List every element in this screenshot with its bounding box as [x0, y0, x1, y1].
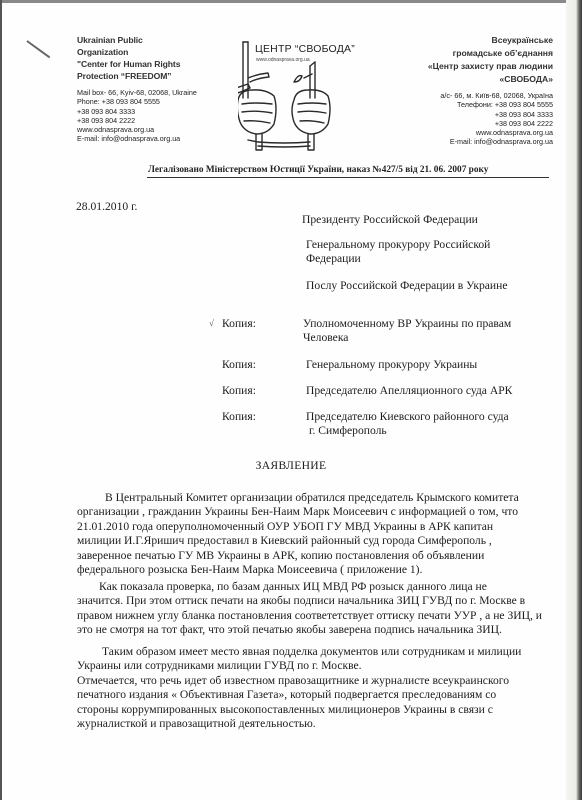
check-mark: √: [209, 318, 214, 328]
body-paragraph: Как показала проверка, по базам данных И…: [77, 580, 552, 638]
org-name-ua: Всеукраїнське громадське об’єднання «Цен…: [382, 34, 553, 86]
body-paragraph: Отмечается, что речь идет об известном п…: [77, 674, 552, 732]
phone: +38 093 804 2222: [382, 119, 553, 128]
paragraph-line: федерального розыска Бен-Наим Марка Моис…: [77, 563, 552, 577]
body-paragraph: В Центральный Комитет организации обрати…: [77, 491, 552, 577]
copy-recipient-line: Человека: [303, 331, 543, 345]
paragraph-line: стороны коррумпированных высокопоставлен…: [77, 703, 552, 717]
paragraph-line: организации , гражданин Украины Бен-Наим…: [77, 505, 552, 519]
paragraph-line: правом нижнем углу бланка постановления …: [77, 609, 552, 623]
recipient-line: Федерации: [306, 252, 490, 266]
paragraph-line: Таким образом имеет место явная подделка…: [102, 645, 521, 658]
contact-block-en: Mail box- 66, Kyiv-68, 02068, Ukraine Ph…: [77, 88, 227, 144]
phone: Телефони: +38 093 804 5555: [382, 100, 553, 109]
org-name-line: Ukrainian Public: [77, 34, 227, 46]
website: www.odnasprava.org.ua: [77, 125, 227, 134]
logo-title: ЦЕНТР “СВОБОДА”: [255, 43, 355, 55]
legalization-line: Легалізовано Міністерством Юстиції Украї…: [148, 165, 488, 175]
paragraph-line: В Центральный Комитет организации обрати…: [105, 491, 519, 504]
org-name-line: «СВОБОДА»: [382, 73, 553, 86]
email: E-mail: info@odnasprava.org.ua: [382, 137, 553, 146]
org-name-line: "Center for Human Rights: [77, 58, 227, 70]
copy-recipient-line: Председателю Апелляционного суда АРК: [306, 384, 546, 398]
paragraph-line: 21.01.2010 года оперуполномоченный ОУР У…: [77, 520, 552, 534]
paragraph-line: Отмечается, что речь идет об известном п…: [77, 674, 552, 688]
copy-recipient-line: г. Симферополь: [306, 424, 546, 438]
scan-top-edge: [0, 0, 582, 3]
paragraph-line: печатного издания « Объективная Газета»,…: [77, 688, 552, 702]
paragraph-line: милиции И.Г.Яришич предоставил в Киевски…: [77, 534, 552, 548]
phone: Phone: +38 093 804 5555: [77, 97, 227, 106]
email: E-mail: info@odnasprava.org.ua: [77, 134, 227, 143]
copy-recipient: Председателю Апелляционного суда АРК: [306, 384, 546, 398]
copy-label: Копия:: [222, 358, 256, 372]
recipient: Генеральному прокурору Российской Федера…: [306, 238, 490, 266]
recipient-line: Послу Российской Федерации в Украине: [306, 279, 507, 293]
org-name-line: Protection “FREEDOM”: [77, 70, 227, 82]
paragraph-line: значится. При этом оттиск печати на якоб…: [77, 594, 552, 608]
recipient-line: Генеральному прокурору Российской: [306, 238, 490, 252]
paragraph-line: журналисткой и правозащитной деятельност…: [77, 717, 552, 731]
contact-block-ua: а/с- 66, м. Київ-68, 02068, Україна Теле…: [382, 91, 553, 147]
copy-recipient: Уполномоченному ВР Украины по правам Чел…: [303, 317, 543, 345]
website: www.odnasprava.org.ua: [382, 128, 553, 137]
paragraph-line: заверенное печатью ГУ МВ Украины в АРК, …: [77, 549, 552, 563]
address: а/с- 66, м. Київ-68, 02068, Україна: [382, 91, 553, 100]
letter-date: 28.01.2010 г.: [76, 200, 137, 213]
logo-url: www.odnasprava.org.ua: [256, 57, 310, 63]
hands-breaking-bars-icon: [238, 38, 353, 158]
org-name-line: Organization: [77, 46, 227, 58]
recipient: Президенту Российской Федерации: [302, 213, 478, 227]
body-paragraph: Таким образом имеет место явная подделка…: [77, 645, 552, 674]
scan-left-edge: [0, 0, 2, 800]
phone: +38 093 804 2222: [77, 116, 227, 125]
pen-mark: [26, 40, 50, 58]
paragraph-line: это не смотря на тот факт, что этой печа…: [77, 623, 552, 637]
copy-recipient-line: Председателю Киевского районного суда: [306, 410, 546, 424]
copy-label: Копия:: [222, 317, 256, 331]
letterhead-right: Всеукраїнське громадське об’єднання «Цен…: [382, 34, 553, 147]
phone: +38 093 804 3333: [77, 107, 227, 116]
phone: +38 093 804 3333: [382, 110, 553, 119]
letterhead-left: Ukrainian Public Organization "Center fo…: [77, 34, 227, 144]
org-name-line: громадське об’єднання: [382, 47, 553, 60]
paragraph-line: Украины или сотрудниками милиции ГУВД по…: [77, 659, 552, 673]
letterhead-divider: [147, 177, 549, 178]
recipient-line: Президенту Российской Федерации: [302, 213, 478, 227]
document-title: ЗАЯВЛЕНИЕ: [0, 459, 582, 472]
address: Mail box- 66, Kyiv-68, 02068, Ukraine: [77, 88, 227, 97]
copy-label: Копия:: [222, 410, 256, 424]
org-name-en: Ukrainian Public Organization "Center fo…: [77, 34, 227, 82]
copy-recipient-line: Уполномоченному ВР Украины по правам: [303, 317, 543, 331]
copy-recipient: Генеральному прокурору Украины: [306, 358, 546, 372]
paragraph-line: Как показала проверка, по базам данных И…: [99, 580, 487, 593]
copy-recipient: Председателю Киевского районного суда г.…: [306, 410, 546, 438]
scan-right-shadow: [566, 0, 582, 800]
org-name-line: Всеукраїнське: [382, 34, 553, 47]
scanned-letter-page: Ukrainian Public Organization "Center fo…: [0, 0, 582, 800]
recipient: Послу Российской Федерации в Украине: [306, 279, 507, 293]
copy-label: Копия:: [222, 384, 256, 398]
org-name-line: «Центр захисту прав людини: [382, 60, 553, 73]
copy-recipient-line: Генеральному прокурору Украины: [306, 358, 546, 372]
